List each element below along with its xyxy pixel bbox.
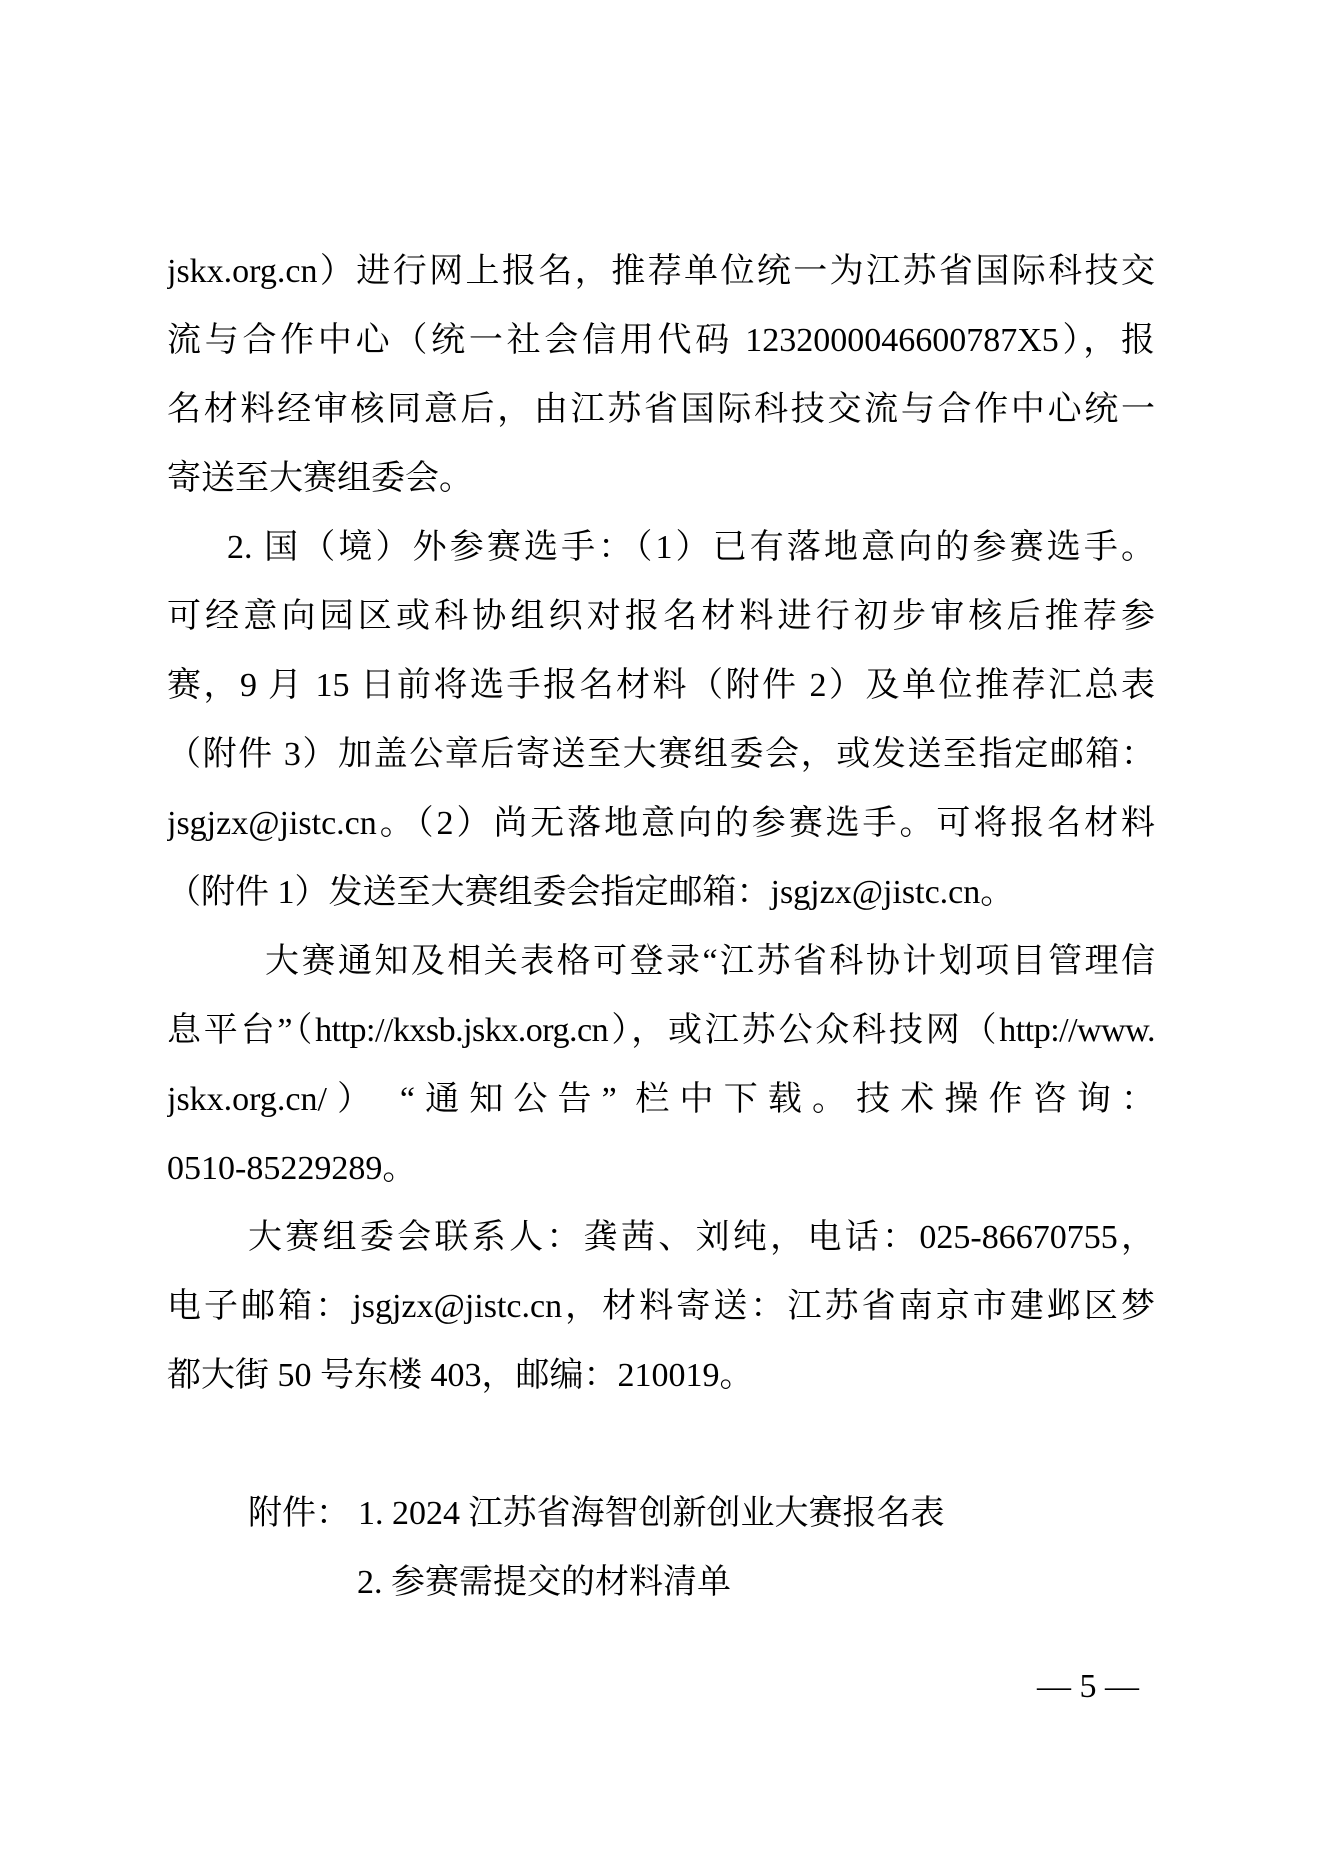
- doc-line-5: 2. 国（境）外参赛选手：（1）已有落地意向的参赛选手。: [167, 513, 1155, 582]
- document-body: jskx.org.cn）进行网上报名，推荐单位统一为江苏省国际科技交 流与合作中…: [167, 237, 1155, 1617]
- doc-line-9: jsgjzx@jistc.cn。（2）尚无落地意向的参赛选手。可将报名材料: [167, 789, 1155, 858]
- doc-line-13: jskx.org.cn/） “通知公告” 栏中下载。技术操作咨询：: [167, 1065, 1155, 1134]
- doc-line-14: 0510-85229289。: [167, 1134, 1155, 1203]
- doc-line-6: 可经意向园区或科协组织对报名材料进行初步审核后推荐参: [167, 582, 1155, 651]
- attachments-label: 附件：: [248, 1495, 350, 1532]
- doc-line-15: 大赛组委会联系人：龚茜、刘纯，电话：025-86670755，: [167, 1203, 1155, 1272]
- doc-line-10: （附件 1）发送至大赛组委会指定邮箱：jsgjzx@jistc.cn。: [167, 858, 1155, 927]
- attachment-line-2: 2. 参赛需提交的材料清单: [167, 1548, 1155, 1617]
- doc-line-4: 寄送至大赛组委会。: [167, 444, 1155, 513]
- doc-line-11: 大赛通知及相关表格可登录“江苏省科协计划项目管理信: [167, 927, 1155, 996]
- doc-line-3: 名材料经审核同意后，由江苏省国际科技交流与合作中心统一: [167, 375, 1155, 444]
- document-page: jskx.org.cn）进行网上报名，推荐单位统一为江苏省国际科技交 流与合作中…: [0, 0, 1323, 1871]
- doc-line-17: 都大街 50 号东楼 403，邮编：210019。: [167, 1341, 1155, 1410]
- doc-line-1: jskx.org.cn）进行网上报名，推荐单位统一为江苏省国际科技交: [167, 237, 1155, 306]
- attachment-item-2: 2. 参赛需提交的材料清单: [357, 1564, 731, 1601]
- attachment-item-1: 1. 2024 江苏省海智创新创业大赛报名表: [358, 1495, 945, 1532]
- doc-line-16: 电子邮箱：jsgjzx@jistc.cn，材料寄送：江苏省南京市建邺区梦: [167, 1272, 1155, 1341]
- attachment-line-1: 附件：1. 2024 江苏省海智创新创业大赛报名表: [167, 1479, 1155, 1548]
- page-number: — 5 —: [998, 1652, 1178, 1721]
- doc-line-12: 息平台”（http://kxsb.jskx.org.cn），或江苏公众科技网（h…: [167, 996, 1155, 1065]
- doc-line-8: （附件 3）加盖公章后寄送至大赛组委会，或发送至指定邮箱：: [167, 720, 1155, 789]
- doc-line-7: 赛，9 月 15 日前将选手报名材料（附件 2）及单位推荐汇总表: [167, 651, 1155, 720]
- doc-line-2: 流与合作中心（统一社会信用代码 1232000046600787X5），报: [167, 306, 1155, 375]
